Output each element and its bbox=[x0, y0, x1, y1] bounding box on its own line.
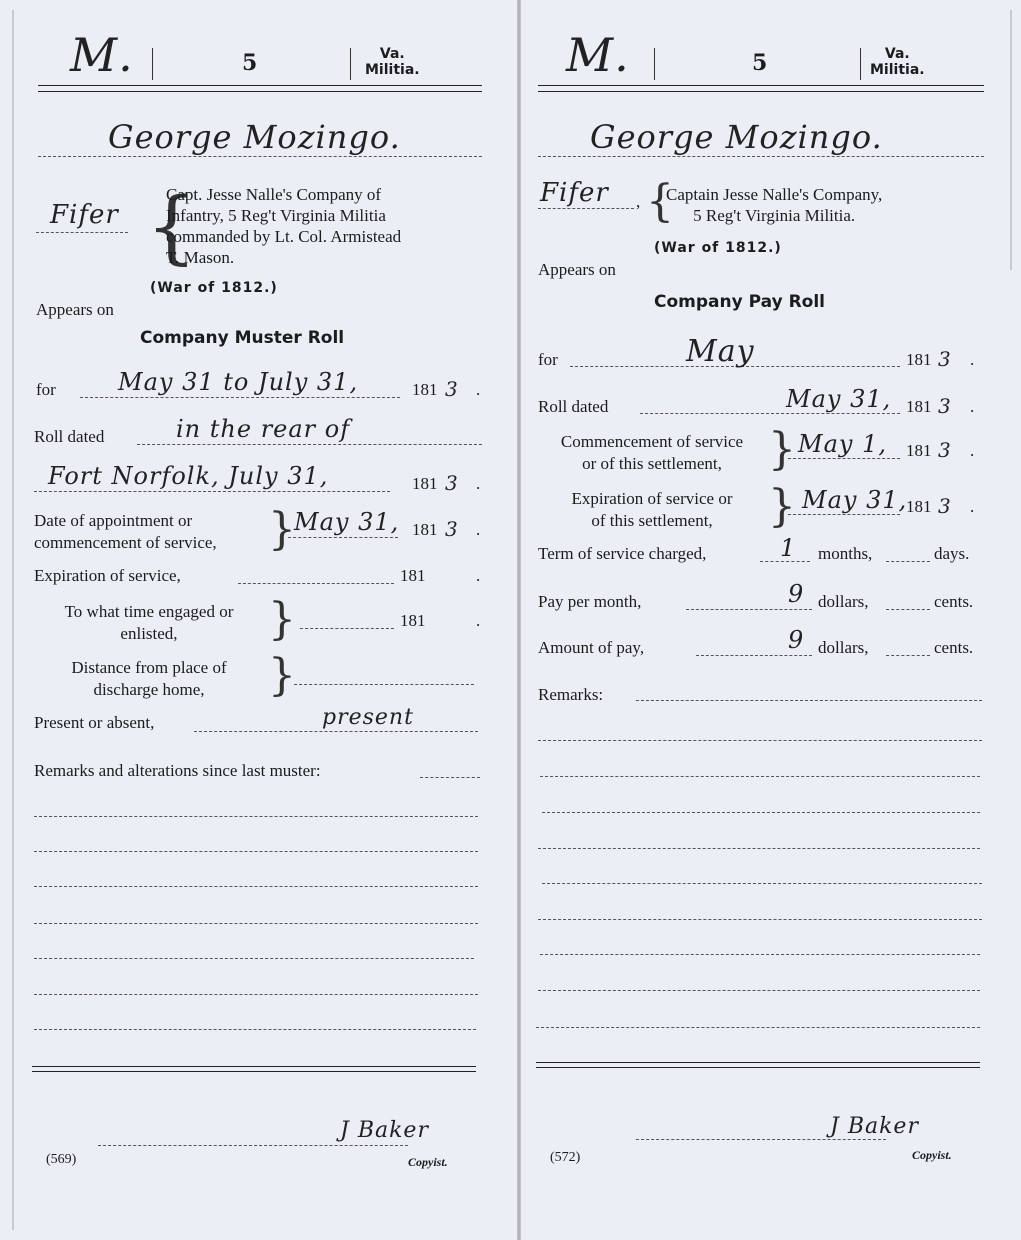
rank: Fifer bbox=[50, 200, 119, 230]
soldier-name: George Mozingo. bbox=[590, 118, 883, 156]
roll-dated-value-1: in the rear of bbox=[176, 415, 350, 443]
for-year-prefix: 181 bbox=[412, 380, 438, 400]
term-days-label: days. bbox=[934, 544, 969, 564]
for-value: May bbox=[686, 334, 755, 369]
label-line: or of this settlement, bbox=[536, 453, 768, 475]
card-state-org: Va. Militia. bbox=[870, 46, 925, 78]
remarks-label: Remarks: bbox=[538, 685, 603, 705]
label-line: of this settlement, bbox=[536, 510, 768, 532]
remarks-label: Remarks and alterations since last muste… bbox=[34, 761, 321, 781]
unit-line: Infantry, 5 Reg't Virginia Militia bbox=[166, 205, 401, 226]
remarks-line bbox=[34, 851, 478, 852]
header-divider bbox=[152, 48, 153, 80]
roll-type-title: Company Muster Roll bbox=[140, 328, 344, 348]
copyist-label: Copyist. bbox=[408, 1155, 448, 1170]
term-label: Term of service charged, bbox=[538, 544, 706, 564]
amount-label: Amount of pay, bbox=[538, 638, 644, 658]
expiration-line bbox=[788, 514, 900, 515]
appointment-line bbox=[288, 537, 398, 538]
name-line bbox=[38, 156, 482, 157]
expiration-year-digit: 3 bbox=[938, 494, 952, 518]
for-year-prefix: 181 bbox=[906, 350, 932, 370]
for-year-digit: 3 bbox=[445, 377, 459, 401]
page-number: (569) bbox=[46, 1152, 76, 1168]
remarks-line bbox=[34, 816, 478, 817]
soldier-name: George Mozingo. bbox=[108, 118, 401, 156]
commencement-year-prefix: 181 bbox=[906, 441, 932, 461]
expiration-line bbox=[238, 583, 394, 584]
unit-line: Capt. Jesse Nalle's Company of bbox=[166, 184, 401, 205]
amount-value: 9 bbox=[788, 626, 804, 654]
distance-line bbox=[294, 684, 474, 685]
brace-icon: } bbox=[268, 508, 296, 552]
header-divider bbox=[350, 48, 351, 80]
label-line: Date of appointment or bbox=[34, 510, 217, 532]
unit-description: Captain Jesse Nalle's Company, 5 Reg't V… bbox=[666, 184, 882, 226]
roll-dated-year-digit: 3 bbox=[938, 394, 952, 418]
remarks-line bbox=[542, 812, 980, 813]
dollars-label: dollars, bbox=[818, 592, 869, 612]
page-number: (572) bbox=[550, 1150, 580, 1166]
label-line: Distance from place of bbox=[34, 657, 264, 679]
pay-per-month-value: 9 bbox=[788, 580, 804, 608]
copyist-signature: J Baker bbox=[340, 1118, 429, 1143]
war-label: (War of 1812.) bbox=[150, 280, 278, 296]
appointment-value: May 31, bbox=[294, 508, 399, 536]
cents-label: cents. bbox=[934, 638, 973, 658]
label-line: Commencement of service bbox=[536, 431, 768, 453]
org-label: Militia. bbox=[870, 62, 925, 78]
period: . bbox=[970, 397, 974, 417]
remarks-line bbox=[538, 848, 980, 849]
signature-line bbox=[98, 1145, 408, 1146]
expiration-value: May 31, bbox=[802, 486, 907, 514]
label-line: To what time engaged or bbox=[34, 601, 264, 623]
roll-dated-line-2 bbox=[34, 491, 390, 492]
appointment-year-prefix: 181 bbox=[412, 520, 438, 540]
commencement-line bbox=[788, 458, 900, 459]
remarks-line bbox=[636, 700, 982, 701]
pay-roll-card: M. 5 Va. Militia. George Mozingo. Fifer … bbox=[536, 0, 986, 1240]
remarks-line bbox=[538, 740, 982, 741]
appointment-year-digit: 3 bbox=[445, 517, 459, 541]
expiration-label: Expiration of service or of this settlem… bbox=[536, 488, 768, 532]
roll-dated-line bbox=[640, 413, 900, 414]
brace-icon: } bbox=[268, 654, 296, 698]
remarks-line bbox=[542, 883, 982, 884]
state-label: Va. bbox=[365, 46, 420, 62]
amount-line bbox=[696, 655, 812, 656]
roll-dated-label: Roll dated bbox=[34, 427, 104, 447]
period: . bbox=[476, 380, 480, 400]
engaged-line bbox=[300, 628, 394, 629]
brace-icon: } bbox=[268, 598, 296, 642]
period: . bbox=[476, 474, 480, 494]
unit-line: Captain Jesse Nalle's Company, bbox=[666, 184, 882, 205]
footer-rule bbox=[32, 1066, 476, 1067]
cents-label: cents. bbox=[934, 592, 973, 612]
term-months-value: 1 bbox=[780, 534, 796, 562]
commencement-label: Commencement of service or of this settl… bbox=[536, 431, 768, 475]
expiration-year-prefix: 181 bbox=[906, 497, 932, 517]
remarks-line bbox=[34, 1029, 476, 1030]
copyist-label: Copyist. bbox=[912, 1148, 952, 1163]
for-label: for bbox=[538, 350, 558, 370]
card-initial: M. bbox=[566, 28, 630, 82]
footer-rule bbox=[536, 1067, 980, 1068]
present-line bbox=[194, 731, 478, 732]
rank-line bbox=[538, 208, 634, 209]
remarks-line bbox=[420, 777, 480, 778]
brace-icon: } bbox=[768, 428, 796, 472]
page-edge-left bbox=[12, 10, 14, 1230]
header-divider bbox=[654, 48, 655, 80]
footer-rule bbox=[536, 1062, 980, 1063]
dollars-label: dollars, bbox=[818, 638, 869, 658]
roll-dated-value-2: Fort Norfolk, July 31, bbox=[48, 462, 328, 490]
present-label: Present or absent, bbox=[34, 713, 154, 733]
period: . bbox=[476, 611, 480, 631]
unit-line: T. Mason. bbox=[166, 247, 401, 268]
label-line: Expiration of service or bbox=[536, 488, 768, 510]
remarks-line bbox=[34, 994, 478, 995]
org-label: Militia. bbox=[365, 62, 420, 78]
for-year-digit: 3 bbox=[938, 347, 952, 371]
roll-dated-label: Roll dated bbox=[538, 397, 608, 417]
page-edge-right bbox=[1010, 10, 1012, 270]
brace-icon: } bbox=[768, 485, 796, 529]
remarks-line bbox=[538, 990, 980, 991]
header-rule bbox=[538, 91, 984, 92]
unit-line: 5 Reg't Virginia Militia. bbox=[666, 205, 882, 226]
card-state-org: Va. Militia. bbox=[365, 46, 420, 78]
footer-rule bbox=[32, 1071, 476, 1072]
period: . bbox=[970, 497, 974, 517]
cents-line bbox=[886, 655, 930, 656]
for-line bbox=[80, 397, 400, 398]
remarks-line bbox=[34, 958, 474, 959]
expiration-year-prefix: 181 bbox=[400, 566, 426, 586]
period: . bbox=[970, 350, 974, 370]
roll-dated-year-digit: 3 bbox=[445, 471, 459, 495]
commencement-value: May 1, bbox=[798, 430, 887, 458]
comma: , bbox=[636, 192, 640, 212]
term-days-line bbox=[886, 561, 930, 562]
header-rule bbox=[38, 91, 482, 92]
pay-per-month-label: Pay per month, bbox=[538, 592, 641, 612]
appears-on-label: Appears on bbox=[538, 260, 616, 280]
card-number: 5 bbox=[242, 50, 257, 76]
remarks-line bbox=[536, 1027, 980, 1028]
rank-line bbox=[36, 232, 128, 233]
muster-roll-card: M. 5 Va. Militia. George Mozingo. Fifer … bbox=[32, 0, 492, 1240]
commencement-year-digit: 3 bbox=[938, 438, 952, 462]
unit-line: commanded by Lt. Col. Armistead bbox=[166, 226, 401, 247]
roll-dated-year-prefix: 181 bbox=[412, 474, 438, 494]
header-divider bbox=[860, 48, 861, 80]
for-value: May 31 to July 31, bbox=[118, 368, 358, 396]
copyist-signature: J Baker bbox=[830, 1114, 919, 1139]
roll-type-title: Company Pay Roll bbox=[654, 292, 825, 312]
label-line: commencement of service, bbox=[34, 532, 217, 554]
engaged-year-prefix: 181 bbox=[400, 611, 426, 631]
page-fold-divider bbox=[517, 0, 521, 1240]
present-value: present bbox=[322, 705, 414, 730]
remarks-line bbox=[538, 919, 982, 920]
header-rule bbox=[38, 85, 482, 86]
war-label: (War of 1812.) bbox=[654, 240, 782, 256]
engaged-label: To what time engaged or enlisted, bbox=[34, 601, 264, 645]
remarks-line bbox=[540, 776, 980, 777]
term-months-label: months, bbox=[818, 544, 872, 564]
remarks-line bbox=[34, 923, 478, 924]
distance-label: Distance from place of discharge home, bbox=[34, 657, 264, 701]
card-initial: M. bbox=[70, 28, 134, 82]
remarks-line bbox=[34, 886, 478, 887]
expiration-label: Expiration of service, bbox=[34, 566, 181, 586]
state-label: Va. bbox=[870, 46, 925, 62]
appears-on-label: Appears on bbox=[36, 300, 114, 320]
pay-per-month-line bbox=[686, 609, 812, 610]
rank: Fifer bbox=[540, 178, 609, 208]
roll-dated-value: May 31, bbox=[786, 385, 891, 413]
name-line bbox=[538, 156, 984, 157]
period: . bbox=[970, 441, 974, 461]
label-line: discharge home, bbox=[34, 679, 264, 701]
period: . bbox=[476, 520, 480, 540]
remarks-line bbox=[540, 954, 980, 955]
period: . bbox=[476, 566, 480, 586]
signature-line bbox=[636, 1139, 886, 1140]
label-line: enlisted, bbox=[34, 623, 264, 645]
appointment-label: Date of appointment or commencement of s… bbox=[34, 510, 217, 554]
card-number: 5 bbox=[752, 50, 767, 76]
header-rule bbox=[538, 85, 984, 86]
roll-dated-line bbox=[137, 444, 482, 445]
cents-line bbox=[886, 609, 930, 610]
roll-dated-year-prefix: 181 bbox=[906, 397, 932, 417]
unit-description: Capt. Jesse Nalle's Company of Infantry,… bbox=[166, 184, 401, 268]
for-label: for bbox=[36, 380, 56, 400]
